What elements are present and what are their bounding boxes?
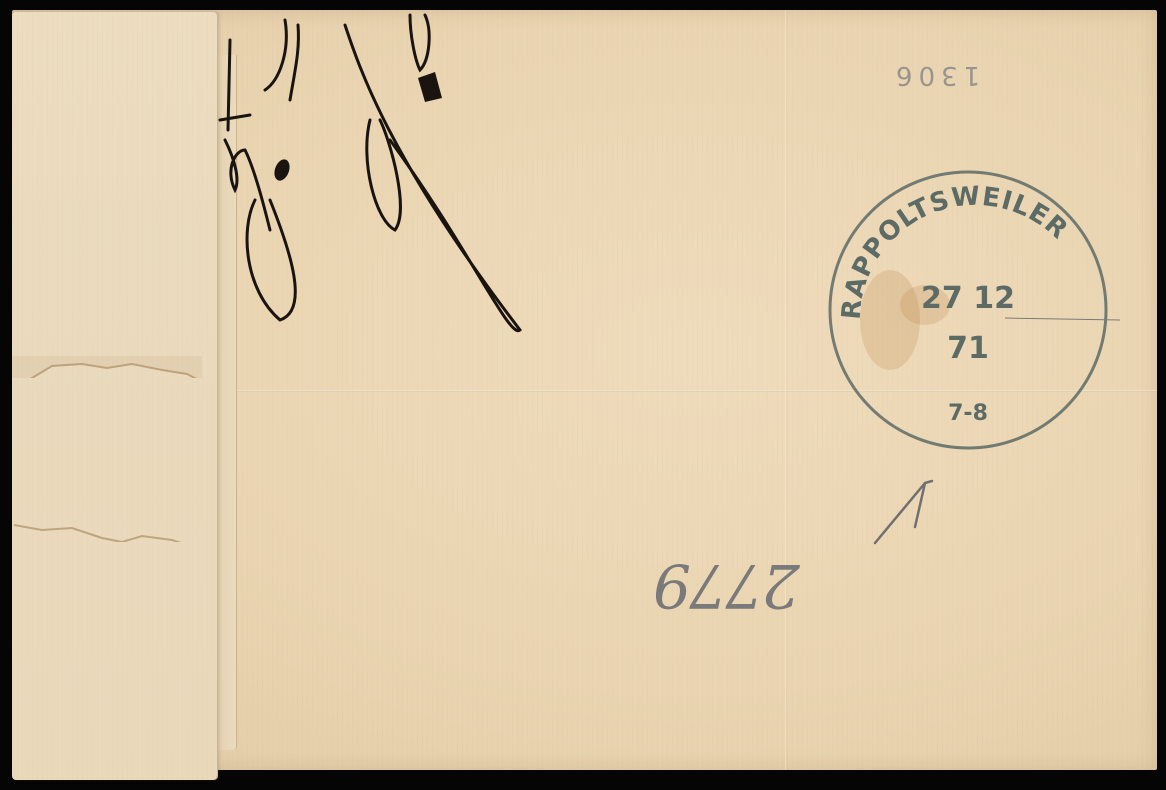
vertical-fold-crease [785,10,787,770]
tear-line-upper [12,356,202,378]
left-folded-flap [12,12,217,780]
postmark-year: 71 [947,331,989,366]
postmark-date: 27 12 [921,281,1015,316]
tear-line-lower [12,520,202,542]
pencil-top-number: 1306 [890,60,980,90]
postmark-cancel: RAPPOLTSWEILER 27 12 71 7-8 [820,160,1120,460]
pencil-arrow-icon [870,475,940,550]
pencil-reference-number: 2779 [655,550,800,620]
handwriting-ink [210,10,540,340]
postmark-bottom: 7-8 [948,401,988,426]
